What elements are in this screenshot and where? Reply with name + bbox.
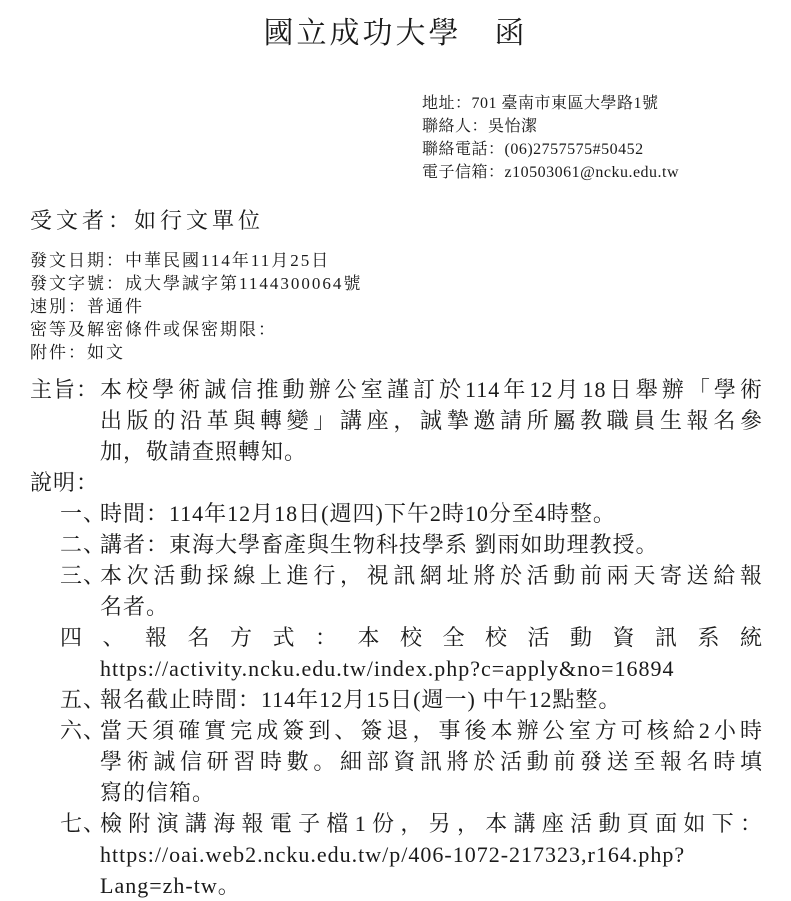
sender-contact-person: 聯絡人：吳怡潔	[422, 115, 791, 138]
document-number: 發文字號：成大學誠字第1144300064號	[30, 272, 791, 295]
event-page-url-continued: Lang=zh-tw。	[100, 870, 763, 901]
item-number: 七、	[60, 808, 100, 901]
issue-date: 發文日期：中華民國114年11月25日	[30, 249, 791, 272]
item-number: 二、	[60, 529, 100, 560]
security-class: 密等及解密條件或保密期限：	[30, 318, 791, 341]
item-line-registration: 四、報名方式：本校全校活動資訊系統	[60, 622, 763, 653]
subject-line: 加，敬請查照轉知。	[100, 436, 763, 467]
sender-info-block: 地址：701 臺南市東區大學路1號 聯絡人：吳怡潔 聯絡電話：(06)27575…	[422, 92, 791, 184]
subject-line: 出版的沿革與轉變」講座，誠摯邀請所屬教職員生報名參	[100, 405, 763, 436]
subject-section: 主旨： 本校學術誠信推動辦公室謹訂於114年12月18日舉辦「學術 出版的沿革與…	[30, 374, 763, 467]
sender-phone: 聯絡電話：(06)2757575#50452	[422, 138, 791, 161]
explanation-heading: 說明：	[30, 467, 763, 498]
explanation-item-4: 四、報名方式：本校全校活動資訊系統 https://activity.ncku.…	[60, 622, 763, 684]
attachment-note: 附件：如文	[30, 341, 791, 364]
explanation-item-3: 三、 本次活動採線上進行，視訊網址將於活動前兩天寄送給報 名者。	[60, 560, 763, 622]
document-meta-block: 發文日期：中華民國114年11月25日 發文字號：成大學誠字第114430006…	[30, 249, 791, 364]
item-number: 一、	[60, 498, 100, 529]
explanation-item-7: 七、 檢附演講海報電子檔1份，另，本講座活動頁面如下： https://oai.…	[60, 808, 763, 901]
item-line-speaker: 講者：東海大學畜產與生物科技學系 劉雨如助理教授。	[100, 529, 763, 560]
explanation-item-2: 二、 講者：東海大學畜產與生物科技學系 劉雨如助理教授。	[60, 529, 763, 560]
subject-label: 主旨：	[30, 374, 100, 467]
official-letter-document: 國立成功大學 函 地址：701 臺南市東區大學路1號 聯絡人：吳怡潔 聯絡電話：…	[0, 8, 791, 901]
explanation-item-1: 一、 時間：114年12月18日(週四)下午2時10分至4時整。	[60, 498, 763, 529]
item-line: 當天須確實完成簽到、簽退，事後本辦公室方可核給2小時	[100, 715, 763, 746]
event-page-url: https://oai.web2.ncku.edu.tw/p/406-1072-…	[100, 839, 763, 870]
item-number: 三、	[60, 560, 100, 622]
item-line: 本次活動採線上進行，視訊網址將於活動前兩天寄送給報	[100, 560, 763, 591]
item-number: 六、	[60, 715, 100, 808]
item-line-deadline: 報名截止時間：114年12月15日(週一) 中午12點整。	[100, 684, 763, 715]
letter-body: 主旨： 本校學術誠信推動辦公室謹訂於114年12月18日舉辦「學術 出版的沿革與…	[30, 374, 763, 901]
speed-class: 速別：普通件	[30, 295, 791, 318]
item-line: 寫的信箱。	[100, 777, 763, 808]
document-title: 國立成功大學 函	[0, 8, 791, 52]
item-line-time: 時間：114年12月18日(週四)下午2時10分至4時整。	[100, 498, 763, 529]
recipient-line: 受文者：如行文單位	[30, 204, 791, 235]
item-line: 學術誠信研習時數。細部資訊將於活動前發送至報名時填	[100, 746, 763, 777]
subject-text: 本校學術誠信推動辦公室謹訂於114年12月18日舉辦「學術 出版的沿革與轉變」講…	[100, 374, 763, 467]
item-number: 四、	[60, 625, 145, 650]
item-line: 名者。	[100, 591, 763, 622]
item-line: 檢附演講海報電子檔1份，另，本講座活動頁面如下：	[100, 808, 763, 839]
sender-address: 地址：701 臺南市東區大學路1號	[422, 92, 791, 115]
subject-line: 本校學術誠信推動辦公室謹訂於114年12月18日舉辦「學術	[100, 374, 763, 405]
registration-url: https://activity.ncku.edu.tw/index.php?c…	[100, 653, 763, 684]
sender-email: 電子信箱：z10503061@ncku.edu.tw	[422, 161, 791, 184]
explanation-item-5: 五、 報名截止時間：114年12月15日(週一) 中午12點整。	[60, 684, 763, 715]
explanation-list: 一、 時間：114年12月18日(週四)下午2時10分至4時整。 二、 講者：東…	[60, 498, 763, 901]
item-number: 五、	[60, 684, 100, 715]
explanation-item-6: 六、 當天須確實完成簽到、簽退，事後本辦公室方可核給2小時 學術誠信研習時數。細…	[60, 715, 763, 808]
